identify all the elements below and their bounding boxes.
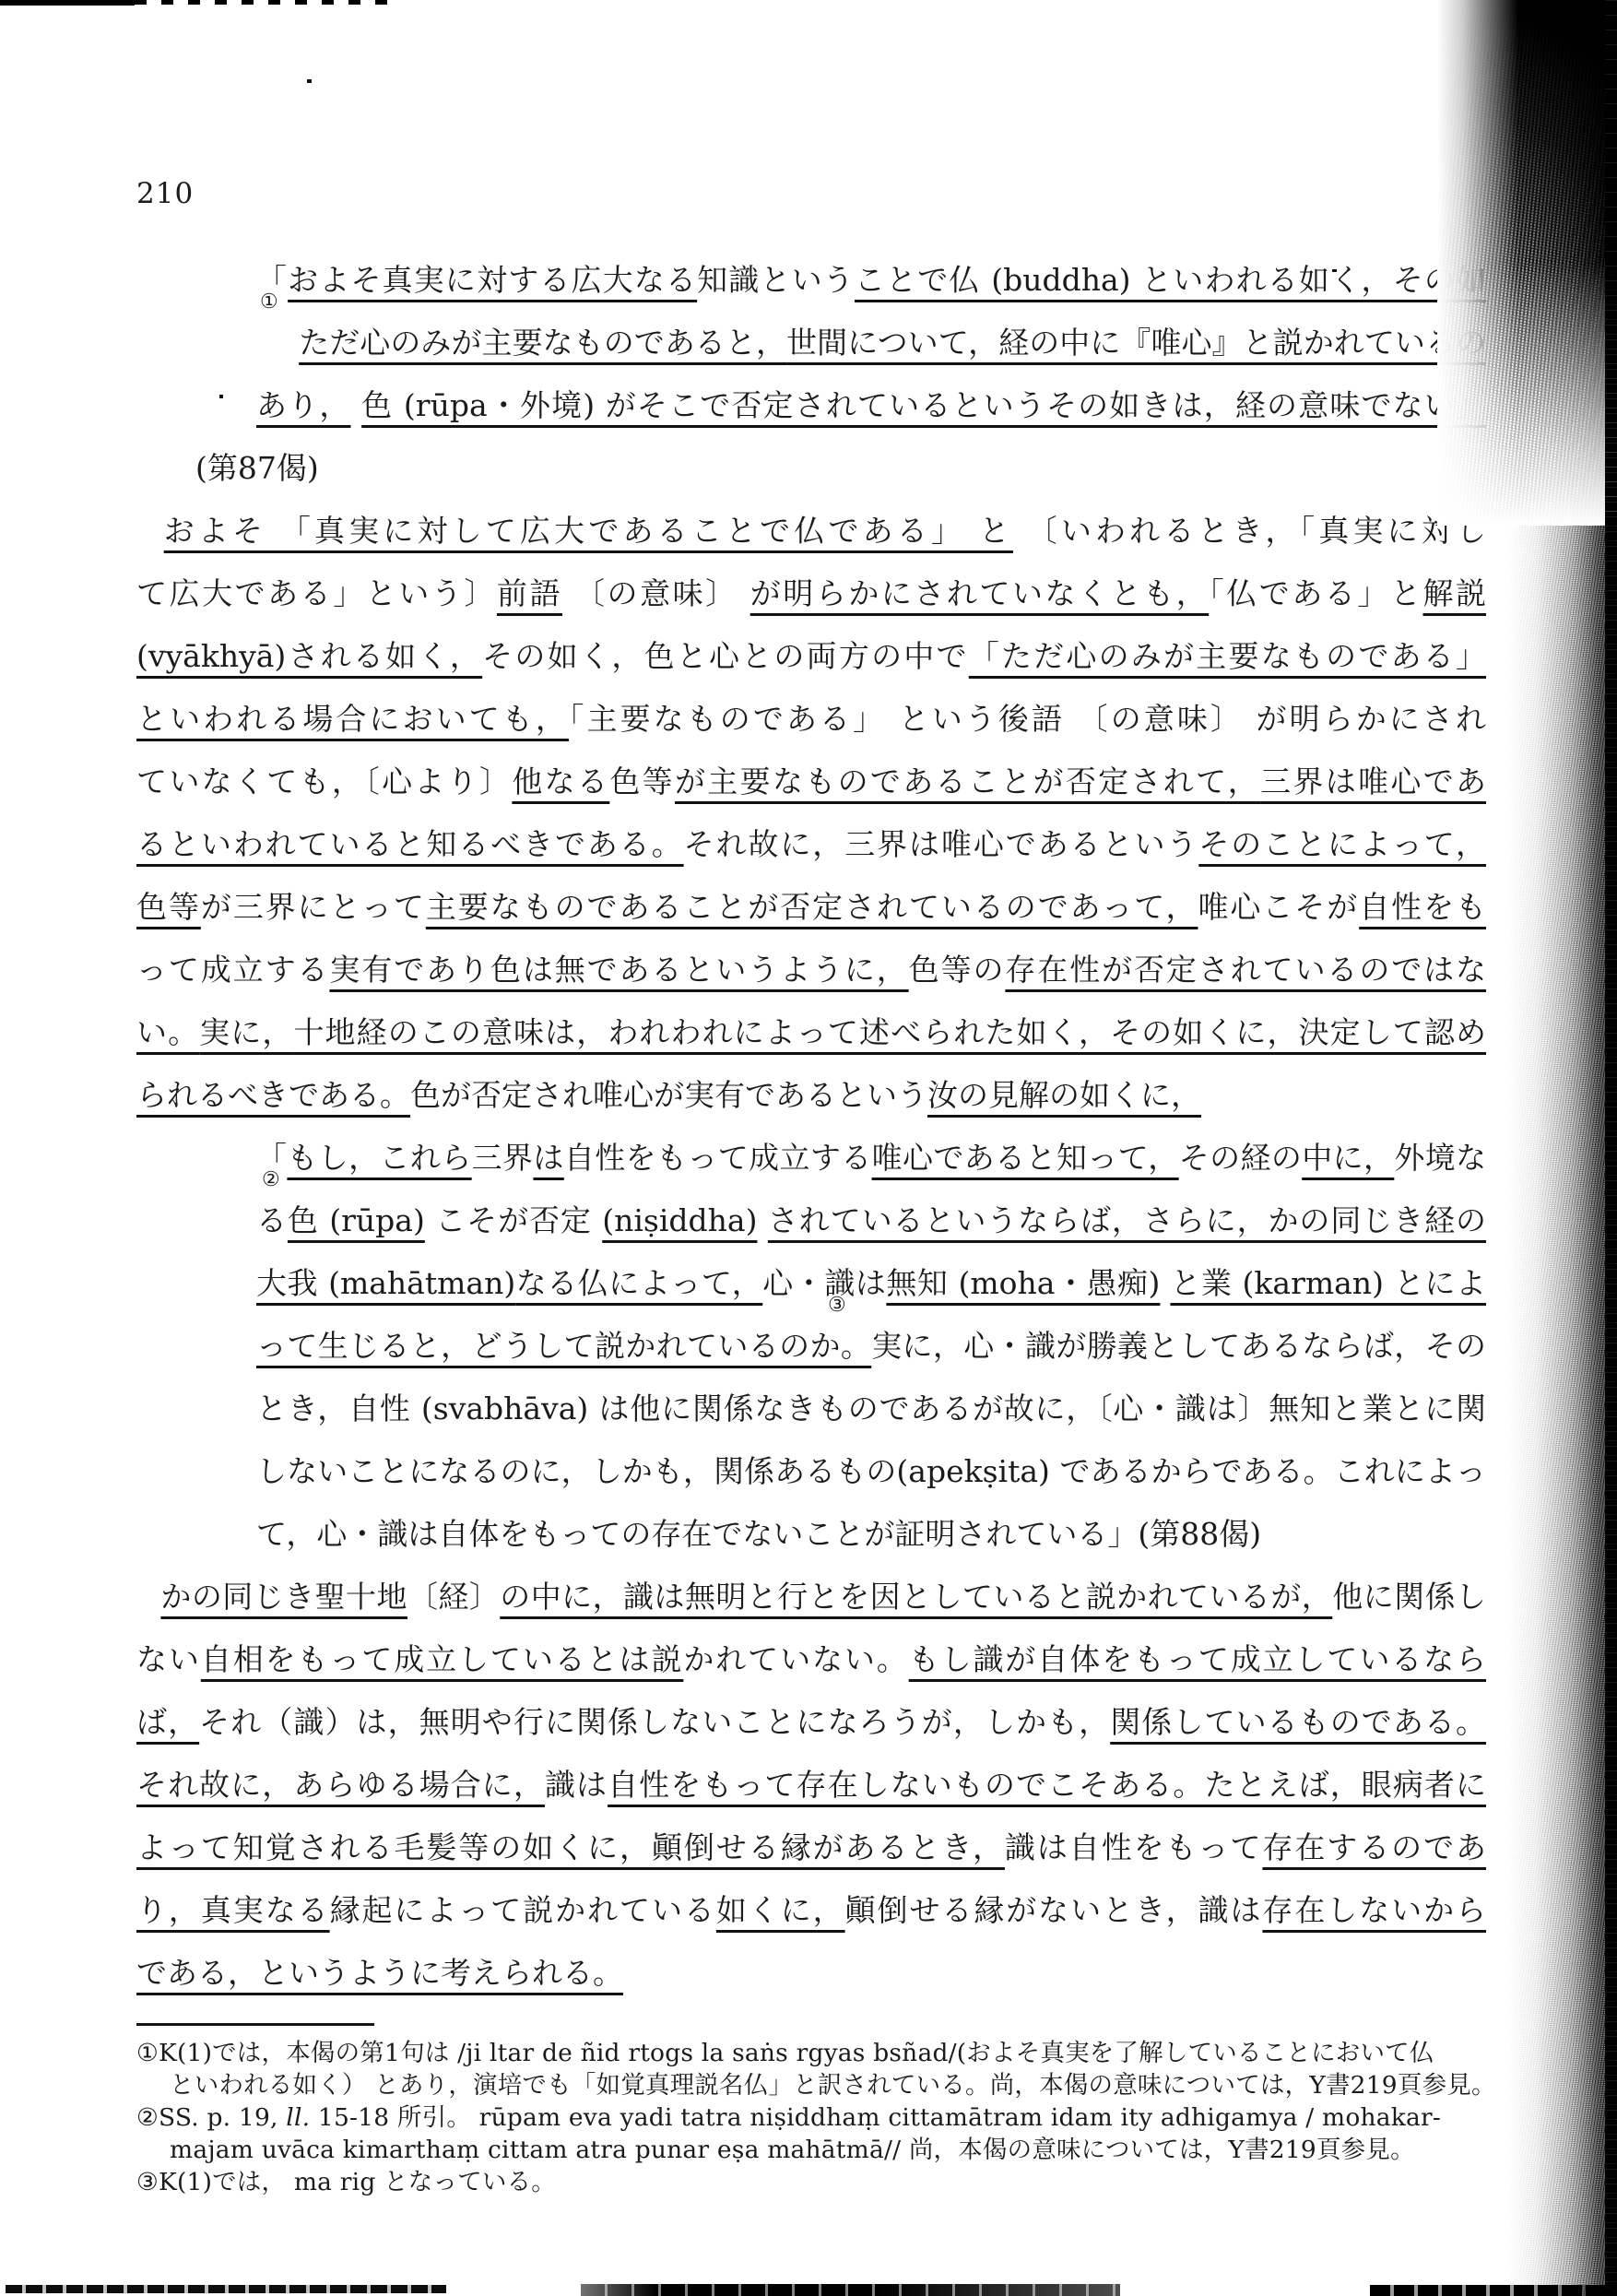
text-run: ただ心のみが主要なものであると， xyxy=(299,325,786,361)
text-run xyxy=(350,387,361,423)
text-line: およそ 「真実に対して広大であることで仏である」 と 〔いわれるとき，「真実に対… xyxy=(136,500,1486,562)
text-run: たとえば，眼病者に xyxy=(1204,1767,1486,1803)
text-run: て，心・識は自体をもっての存在でないことが証明されている」(第88偈) xyxy=(256,1516,1261,1552)
text-run: って生じると，どうして説かれているのか。 xyxy=(256,1328,871,1364)
text-run: 前語 xyxy=(497,575,562,611)
text-run: って成立する xyxy=(136,952,329,988)
text-run: 「ただ心のみが主要なものである」 xyxy=(969,638,1486,674)
text-run: 色 (rūpa・外境) がそこで否定されているというその如きは，経の意味でない」 xyxy=(361,387,1486,423)
footnote-line: といわれる如く） とあり，演培でも「如覚真理説名仏」と訳されている。尚，本偈の意… xyxy=(136,2069,1486,2101)
text-line: って成立する実有であり色は無であるというように，色等の存在性が否定されているので… xyxy=(136,939,1486,1001)
text-run: 〔の意味〕 xyxy=(562,575,750,611)
text-line: て広大である」という〕前語 〔の意味〕 が明らかにされていなくとも，「仏である」… xyxy=(136,562,1486,625)
text-run: もし識が自体をもって成立しているなら xyxy=(909,1641,1486,1677)
text-run: その経の xyxy=(1179,1140,1303,1176)
text-run: 解説 xyxy=(1423,575,1487,611)
footnote-line: ③K(1)では， ma rig となっている。 xyxy=(136,2166,1486,2198)
text-run: 縁起によって説かれている xyxy=(330,1892,716,1928)
text-run: しないことになるのに，しかも，関係あるもの(apekṣita) であるからである… xyxy=(256,1453,1486,1489)
text-run: は xyxy=(533,1140,563,1176)
scan-noise-top-right-corner xyxy=(1437,0,1617,526)
verse-note-marker: ② xyxy=(262,1170,280,1189)
scan-bar-top-left xyxy=(0,0,135,6)
scan-streak-bottom-middle xyxy=(581,2284,1120,2296)
text-line: 「およそ真実に対する広大なる知識ということで仏 (buddha) といわれる如く… xyxy=(136,249,1486,312)
page-number: 210 xyxy=(136,175,1486,212)
text-run: それ故に，あらゆる場合に， xyxy=(136,1767,545,1803)
text-run: 主要なものであることが否定されているのであって， xyxy=(426,889,1198,925)
commentary-2: かの同じき聖十地〔経〕の中に，識は無明と行とを因としていると説かれているが，他に… xyxy=(136,1566,1486,2005)
text-run: もし，これら xyxy=(287,1140,471,1176)
text-run: その如く，色と心との両方の中で xyxy=(482,638,969,674)
footnote-line: ②SS. p. 19, ll. 15-18 所引。 rūpam eva yadi… xyxy=(136,2101,1486,2134)
text-run: 他なる xyxy=(512,763,609,799)
text-run: が三界にとって xyxy=(201,889,426,925)
text-run: 他に関係し xyxy=(1332,1579,1486,1615)
text-run: の中に，識は無明と行とを因としていると説かれているが， xyxy=(500,1579,1332,1615)
text-run: 色等の xyxy=(909,952,1006,988)
text-line: って生じると，どうして説かれているのか。実に，心・識が勝義としてあるならば，その xyxy=(136,1315,1486,1378)
text-run: 関係しているものである。 xyxy=(1110,1704,1486,1740)
text-run: 15-18 所引。 rūpam eva yadi tatra niṣiddhaṃ… xyxy=(310,2103,1441,2132)
text-run: り，真実なる xyxy=(136,1892,330,1928)
text-run: 如くに， xyxy=(716,1892,845,1928)
scan-bar-top-left-dashes xyxy=(135,0,398,5)
text-run: 唯心であると知って， xyxy=(872,1140,1179,1176)
text-run: 〔経〕 xyxy=(407,1579,500,1615)
text-run: られるべきである。 xyxy=(136,1077,410,1113)
text-run: 実有であり色は無であるというように， xyxy=(329,952,908,988)
text-run: 顚倒せる縁がないとき， xyxy=(845,1892,1198,1928)
text-line: ていなくても，〔心より〕他なる色等が主要なものであることが否定されて，三界は唯心… xyxy=(136,751,1486,813)
text-run: およそ 「真実に対して広大であることで仏である」 と xyxy=(164,513,1013,549)
text-run: といわれる場合においても， xyxy=(136,701,569,737)
text-run xyxy=(757,1202,767,1238)
scan-edge-right-band xyxy=(1605,0,1617,2296)
text-run: とき，自性 (svabhāva) は他に関係なきものであるが故に，〔心・識は〕無… xyxy=(256,1391,1486,1440)
text-line: 大我 (mahātman)なる仏によって，心・識は無知 (moha・愚痴) と業… xyxy=(136,1252,1486,1315)
text-run: (vyākhyā)される如く， xyxy=(136,638,482,674)
text-run: K(1)では， ma rig となっている。 xyxy=(159,2168,556,2196)
verse-87: 「およそ真実に対する広大なる知識ということで仏 (buddha) といわれる如く… xyxy=(136,249,1486,500)
text-run: 存在しないから xyxy=(1262,1892,1486,1928)
main-text: 「およそ真実に対する広大なる知識ということで仏 (buddha) といわれる如く… xyxy=(136,249,1486,2005)
commentary-1: およそ 「真実に対して広大であることで仏である」 と 〔いわれるとき，「真実に対… xyxy=(136,500,1486,1127)
text-line: ば，それ（識）は，無明や行に関係しないことになろうが，しかも，関係しているもので… xyxy=(136,1691,1486,1754)
text-run: 色等 xyxy=(609,763,675,799)
text-run: (niṣiddha) xyxy=(602,1202,757,1238)
text-run: K(1)では，本偈の第1句は /ji ltar de ñid rtogs la … xyxy=(159,2039,1434,2067)
text-run: majam uvāca kimarthaṃ cittam atra punar … xyxy=(170,2136,1415,2164)
text-run: い。 xyxy=(136,1014,199,1050)
text-line: かの同じき聖十地〔経〕の中に，識は無明と行とを因としていると説かれているが，他に… xyxy=(136,1566,1486,1628)
text-run: (第87偈) xyxy=(195,450,319,486)
text-run: といわれる如く） とあり，演培でも「如覚真理説名仏」と訳されている。尚，本偈の意… xyxy=(170,2071,1486,2100)
text-run: そのことによって， xyxy=(1198,826,1486,862)
text-run: ば， xyxy=(136,1704,199,1740)
text-line: ない自相をもって成立しているとは説かれていない。もし識が自体をもって成立している… xyxy=(136,1628,1486,1691)
text-line: ただ心のみが主要なものであると，世間について，経の中に『唯心』と説かれているので xyxy=(136,312,1486,374)
text-run: それ故に，三界は唯心であるという xyxy=(684,826,1199,862)
verse-note-marker: ① xyxy=(260,292,278,312)
text-line: 「もし，これら三界は自性をもって成立する唯心であると知って，その経の中に，外境な… xyxy=(136,1127,1486,1189)
text-run: が明らかにされていなくとも， xyxy=(750,575,1210,611)
text-run: およそ真実に対する広大なる xyxy=(288,262,697,298)
text-run: よって知覚される毛髪等の如くに，顚倒せる縁があるとき， xyxy=(136,1829,1005,1865)
scan-streak-bottom-right xyxy=(1370,2285,1617,2296)
text-run: が主要なものであることが否定されて， xyxy=(675,763,1260,799)
verse-note-marker: ③ xyxy=(828,1296,846,1315)
footnote-item: ③K(1)では， ma rig となっている。 xyxy=(136,2166,1486,2198)
text-run xyxy=(1160,1265,1170,1301)
verse-88: 「もし，これら三界は自性をもって成立する唯心であると知って，その経の中に，外境な… xyxy=(136,1127,1486,1566)
text-line: る色 (rūpa) こそが否定 (niṣiddha) されているというならば，さ… xyxy=(136,1189,1486,1252)
text-line: い。実に，十地経のこの意味は，われわれによって述べられた如く，その如くに，決定し… xyxy=(136,1001,1486,1064)
text-line: といわれる場合においても，「主要なものである」 という後語 〔の意味〕 が明らか… xyxy=(136,688,1486,751)
page-content: 210 「およそ真実に対する広大なる知識ということで仏 (buddha) といわ… xyxy=(136,175,1486,2198)
text-run: 色 (rūpa) xyxy=(288,1202,425,1238)
text-run: と業 (karman) とによ xyxy=(1170,1265,1486,1301)
scan-speck xyxy=(307,79,312,83)
text-run: 色等 xyxy=(136,889,201,925)
text-run: 存在性が否定されているのではな xyxy=(1005,952,1486,988)
footnote-marker: ③ xyxy=(136,2168,159,2196)
footnote-item: ①K(1)では，本偈の第1句は /ji ltar de ñid rtogs la… xyxy=(136,2037,1486,2101)
text-line: それ故に，あらゆる場合に，識は自性をもって存在しないものでこそある。たとえば，眼… xyxy=(136,1754,1486,1817)
text-run: 大我 (mahātman) xyxy=(256,1265,515,1301)
text-run: 自性をも xyxy=(1359,889,1486,925)
scan-speck xyxy=(219,395,223,398)
text-line: 色等が三界にとって主要なものであることが否定されているのであって，唯心こそが自性… xyxy=(136,876,1486,939)
text-line: り，真実なる縁起によって説かれている如くに，顚倒せる縁がないとき，識は存在しない… xyxy=(136,1879,1486,1942)
text-run: ll. xyxy=(286,2103,310,2132)
text-run: 実に，心・識が勝義としてあるならば，その xyxy=(871,1328,1486,1364)
text-line: られるべきである。色が否定され唯心が実有であるという汝の見解の如くに， xyxy=(136,1064,1486,1127)
text-run: 知識という xyxy=(697,262,855,298)
footnote-item: ②SS. p. 19, ll. 15-18 所引。 rūpam eva yadi… xyxy=(136,2101,1486,2166)
scan-speck xyxy=(1332,269,1337,272)
text-run: 唯心こそが xyxy=(1198,889,1359,925)
text-line: あり， 色 (rūpa・外境) がそこで否定されているというその如きは，経の意味… xyxy=(136,374,1486,437)
text-run: て広大である」という〕 xyxy=(136,575,497,611)
text-line: とき，自性 (svabhāva) は他に関係なきものであるが故に，〔心・識は〕無… xyxy=(136,1378,1486,1440)
text-run: SS. p. 19, xyxy=(159,2103,286,2132)
text-line: て，心・識は自体をもっての存在でないことが証明されている」(第88偈) xyxy=(136,1503,1486,1566)
text-run: 色が否定され唯心が実有であるという xyxy=(410,1077,927,1113)
text-run: かれていない。 xyxy=(683,1641,908,1677)
scanned-page: 210 「およそ真実に対する広大なる知識ということで仏 (buddha) といわ… xyxy=(0,0,1617,2296)
text-line: るといわれていると知るべきである。それ故に，三界は唯心であるというそのことによっ… xyxy=(136,813,1486,876)
text-run: かの同じき聖十地 xyxy=(160,1579,407,1615)
text-line: しないことになるのに，しかも，関係あるもの(apekṣita) であるからである… xyxy=(136,1440,1486,1503)
footnote-line: ①K(1)では，本偈の第1句は /ji ltar de ñid rtogs la… xyxy=(136,2037,1486,2069)
text-run: るといわれていると知るべきである。 xyxy=(136,826,684,862)
text-run: 心・識は xyxy=(762,1265,886,1301)
text-line: (vyākhyā)される如く，その如く，色と心との両方の中で「ただ心のみが主要な… xyxy=(136,625,1486,688)
text-run: それ（識）は，無明や行に関係しないことになろうが，しかも， xyxy=(199,1704,1110,1740)
footnote-marker: ① xyxy=(136,2039,159,2067)
text-run: 実に， xyxy=(199,1014,293,1050)
text-run: なる仏によって， xyxy=(515,1265,762,1301)
text-run: である，というように考えられる。 xyxy=(136,1955,623,1991)
text-run: 自性をもって成立する xyxy=(564,1140,872,1176)
text-run: る xyxy=(256,1202,288,1238)
text-run: 識は xyxy=(545,1767,608,1803)
text-run: 識は自性をもって xyxy=(1005,1829,1262,1865)
text-run: 「仏である」と xyxy=(1209,575,1422,611)
text-run: 三界は唯心であ xyxy=(1260,763,1486,799)
text-run: 存在するのであ xyxy=(1262,1829,1486,1865)
footnote-marker: ② xyxy=(136,2103,159,2132)
text-line: である，というように考えられる。 xyxy=(136,1942,1486,2005)
footnote-line: majam uvāca kimarthaṃ cittam atra punar … xyxy=(136,2134,1486,2166)
text-run: 三界 xyxy=(472,1140,534,1176)
text-run: 「主要なものである」 という後語 〔の意味〕 が明らかにされ xyxy=(569,701,1486,737)
text-line: よって知覚される毛髪等の如くに，顚倒せる縁があるとき，識は自性をもって存在するの… xyxy=(136,1817,1486,1879)
text-run: 〔いわれるとき，「真実に対し xyxy=(1013,513,1486,549)
text-run: 十地経のこの意味は，われわれによって述べられた如く，その如くに，決定して認め xyxy=(293,1014,1486,1050)
text-run: 自性をもって存在しないものでこそある。 xyxy=(608,1767,1204,1803)
text-run: 中に， xyxy=(1302,1140,1394,1176)
text-run: ていなくても，〔心より〕 xyxy=(136,763,512,799)
footnotes: ①K(1)では，本偈の第1句は /ji ltar de ñid rtogs la… xyxy=(136,2037,1486,2198)
text-run: 汝の見解の如くに， xyxy=(927,1077,1201,1113)
text-run: 無知 (moha・愚痴) xyxy=(886,1265,1160,1301)
text-run: こそが否定 xyxy=(425,1202,602,1238)
text-run: ない xyxy=(136,1641,201,1677)
text-run: 自相をもって成立しているとは説 xyxy=(201,1641,684,1677)
scan-streak-bottom-left xyxy=(6,2285,446,2293)
text-line: (第87偈) xyxy=(76,437,1486,500)
text-run: 外境な xyxy=(1394,1140,1486,1176)
text-run: あり， xyxy=(256,387,350,423)
footnote-rule xyxy=(136,2023,374,2026)
text-run: 識は xyxy=(1198,1892,1263,1928)
